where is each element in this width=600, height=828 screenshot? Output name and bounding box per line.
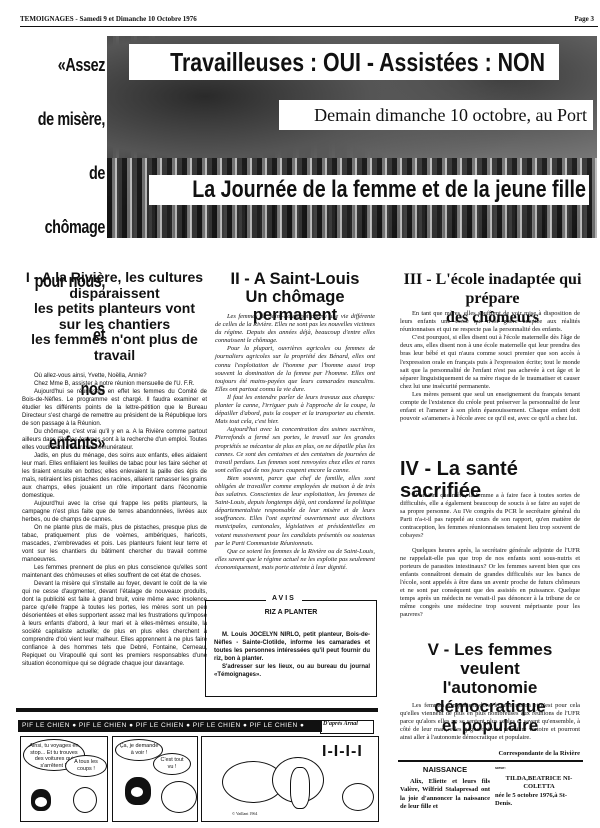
comic-panel-3: I-I-I-I © Vaillant 1964 [201,736,379,822]
paragraph: Du chômage, c'est vrai qu'il y en a. A l… [22,428,207,452]
notice-body: M. Louis JOCELYN NIRLO, petit planteur, … [214,631,370,679]
comic-panel-1: Ainsi, tu voyages en stop... Et tu trouv… [20,736,108,822]
paragraph: M. Louis JOCELYN NIRLO, petit planteur, … [214,631,370,663]
notice-subtitle: RIZ A PLANTER [206,609,376,616]
banner-date: Demain dimanche 10 octobre, au Port [279,100,593,130]
birth-date: née le 5 octobre 1976,à St-Denis. [495,792,583,809]
paragraph: Quelques heures après, la secrétaire gén… [400,547,580,620]
comic-signature: D'après Arnal [320,720,374,734]
cat-character-icon [31,789,51,811]
paragraph: Que ce soient les femmes de la Rivière o… [215,548,375,572]
birth-left-text: Alix, Eliette et leurs fils Valère, Wilf… [400,778,490,811]
demonstration-photo: Travailleuses : OUI - Assistées : NON De… [107,36,597,238]
paragraph: Les femmes s'inquiètent donc à juste rai… [400,702,580,742]
notice-title: AVIS [266,595,302,602]
dog-character-icon [290,767,310,809]
paragraph: Devant la misère qui s'installe au foyer… [22,580,207,668]
dog-character-icon [73,787,97,813]
section1-body: Où allez-vous ainsi, Yvette, Noëlla, Ann… [22,372,207,668]
comic-divider [16,708,378,712]
paragraph: Les femmes prennent de plus en plus cons… [22,564,207,580]
section5-body: Les femmes s'inquiètent donc à juste rai… [400,702,580,742]
birth-heading: NAISSANCE [400,765,490,774]
paragraph: Aujourd'hui avec la concentration des us… [215,426,375,475]
paragraph: Pour la plupart, ouvrières agricoles ou … [215,345,375,394]
bush-icon [161,781,197,813]
section4-body: Si en tant que mère, la femme a à faire … [400,492,580,619]
baby-name: COLETTA [495,783,583,791]
masthead: TEMOIGNAGES - Samedi 9 et Dimanche 10 Oc… [20,15,197,23]
paragraph: Jadis, en plus du ménage, des soins aux … [22,452,207,500]
birth-right-text: TILDA,BEATRICE NI- COLETTA née le 5 octo… [495,775,583,808]
quote-line: de chômage [29,146,105,254]
paragraph: Il faut les entendre parler de leurs tra… [215,394,375,426]
paragraph: Où allez-vous ainsi, Yvette, Noëlla, Ann… [22,372,207,380]
section-divider [398,760,583,762]
paragraph: Chez Mme B, assister à notre réunion men… [22,380,207,388]
banner-top: Travailleuses : OUI - Assistées : NON [129,44,559,80]
comic-credit: © Vaillant 1964 [232,811,257,816]
comic-panel-2: Ça, je demande à voir ! C'est tout vu ! [112,736,198,822]
paragraph: On ne plante plus de maïs, plus de pista… [22,524,207,564]
paragraph: C'est pourquoi, si elles disent oui à l'… [400,334,580,391]
banner-headline: La Journée de la femme et de la jeune fi… [149,175,589,205]
paragraph: Aujourd'hui se réunissent en effet les f… [22,388,207,428]
paragraph: En tant que mères, elles souffrent de vo… [400,310,580,334]
paragraph: Aujourd'hui avec la crise qui frappe les… [22,500,207,524]
paragraph: Les femmes de Saint-Louis ont connu une … [215,313,375,345]
baby-name: TILDA,BEATRICE NI- [495,775,583,783]
notice-box: AVIS RIZ A PLANTER M. Louis JOCELYN NIRL… [205,600,377,697]
quote-line: de misère, [29,92,105,146]
exclamation-text: I-I-I-I [322,743,363,761]
quote-line: «Assez [29,38,105,92]
comic-strip-title: PIF LE CHIEN ● PIF LE CHIEN ● PIF LE CHI… [18,720,322,732]
section1-headline: I - A la Rivière, les cultures disparais… [22,270,207,363]
cat-character-icon [125,777,151,805]
page-header: TEMOIGNAGES - Samedi 9 et Dimanche 10 Oc… [20,10,598,27]
car-wheel-icon [342,783,374,811]
paragraph: S'adresser sur les lieux, ou au bureau d… [214,663,370,679]
section2-body: Les femmes de Saint-Louis ont connu une … [215,313,375,572]
paragraph: Les mères pensent que seul un enseigneme… [400,391,580,423]
paragraph: Bien souvent, parce que chef de famille,… [215,475,375,548]
speech-bubble: A tous les coups ! [65,755,107,777]
section5-byline: Correspondante de la Rivière [400,750,580,757]
section3-body: En tant que mères, elles souffrent de vo… [400,310,580,423]
paragraph: Si en tant que mère, la femme a à faire … [400,492,580,541]
birth-right-label: soeur: [495,765,506,770]
page-number: Page 3 [574,15,594,23]
speech-bubble: C'est tout vu ! [153,753,191,775]
